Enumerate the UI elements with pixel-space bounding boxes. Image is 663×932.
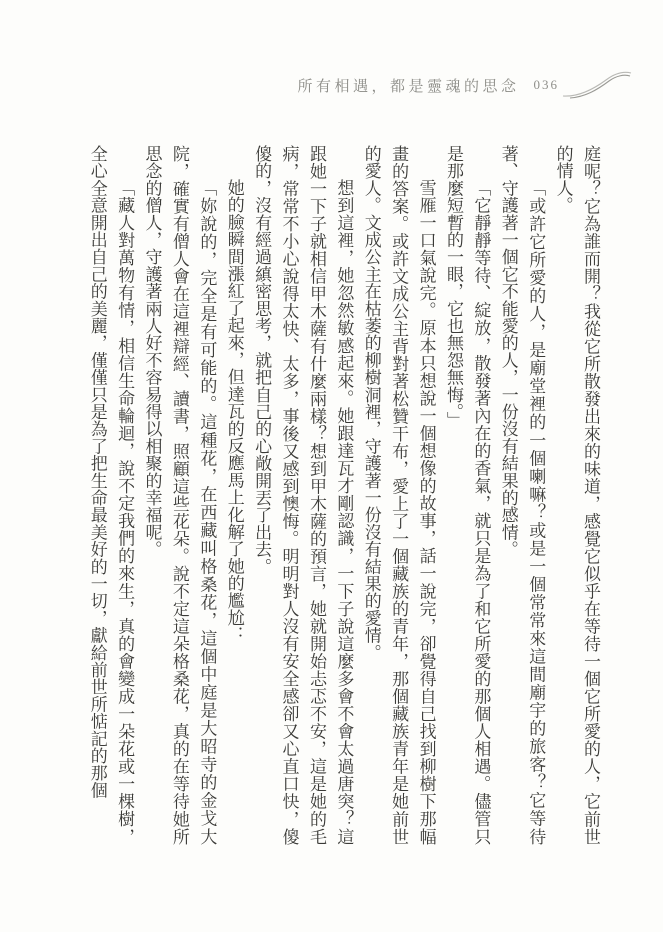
paragraph: 「藏人對萬物有情，相信生命輪迴，說不定我們的來生，真的會變成一朵花或一棵樹，全心… — [83, 145, 138, 845]
paragraph: 雪雁一口氣說完。原本只想說一個想像的故事，話一說完，卻覺得自己找到柳樹下那幅畫的… — [357, 145, 439, 845]
book-page: 所有相遇，都是靈魂的思念 036 庭呢？它為誰而開？我從它所散發出來的味道，感覺… — [0, 0, 663, 932]
flourish-icon — [561, 70, 633, 100]
page-header: 所有相遇，都是靈魂的思念 036 — [297, 70, 633, 100]
paragraph: 她的臉瞬間漲紅了起來，但達瓦的反應馬上化解了她的尷尬： — [220, 145, 247, 845]
paragraph: 「它靜靜等待、綻放，散發著內在的香氣，就只是為了和它所愛的那個人相遇。儘管只是那… — [440, 145, 495, 845]
body-text: 庭呢？它為誰而開？我從它所散發出來的味道，感覺它似乎在等待一個它所愛的人，它前世… — [83, 145, 604, 845]
paragraph: 「或許它所愛的人，是廟堂裡的一個喇嘛？或是一個常常來這間廟宇的旅客？它等待著、守… — [494, 145, 549, 845]
page-number: 036 — [534, 77, 560, 93]
paragraph: 「妳說的，完全是有可能的。這種花，在西藏叫格桑花，這個中庭是大昭寺的金戈大院，確… — [138, 145, 220, 845]
paragraph: 庭呢？它為誰而開？我從它所散發出來的味道，感覺它似乎在等待一個它所愛的人，它前世… — [549, 145, 604, 845]
running-head-title: 所有相遇，都是靈魂的思念 — [297, 75, 519, 96]
paragraph: 想到這裡，她忽然敏感起來。她跟達瓦才剛認識，一下子說這麼多會不會太過唐突？這跟她… — [248, 145, 358, 845]
